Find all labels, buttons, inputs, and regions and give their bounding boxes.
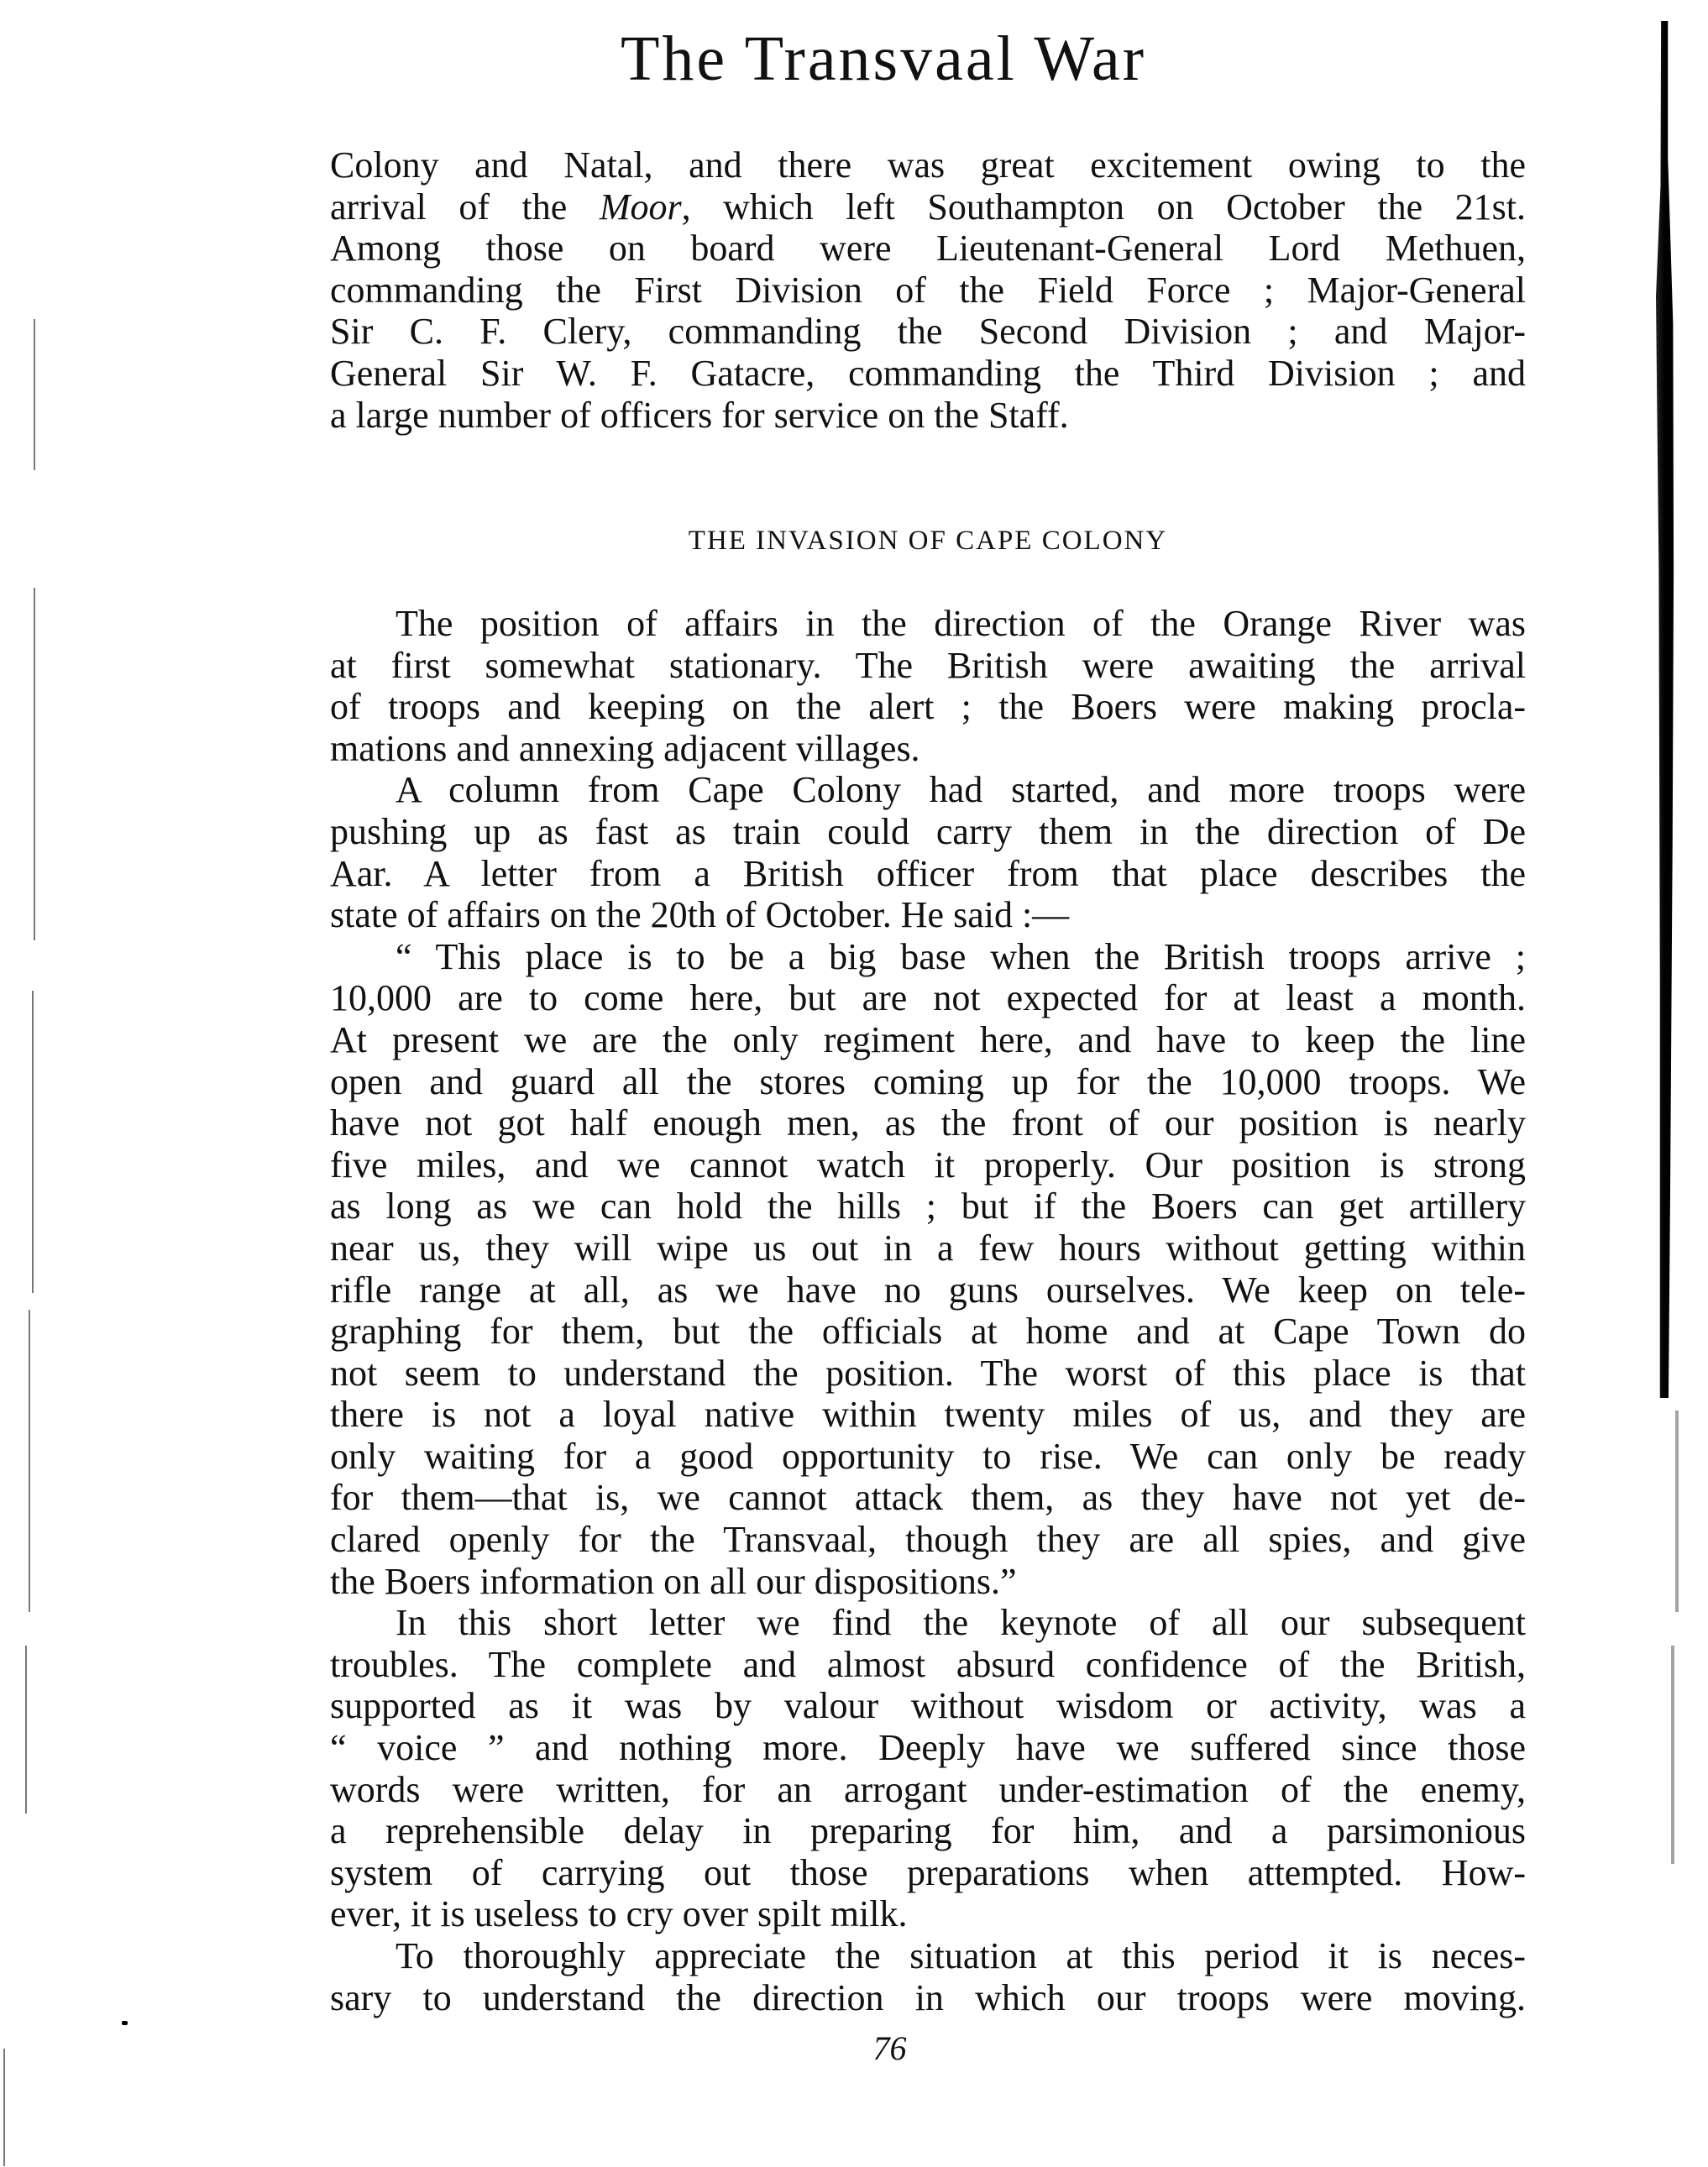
text-line: commanding the First Division of the Fie… <box>330 270 1526 311</box>
text-line: at first somewhat stationary. The Britis… <box>330 645 1526 687</box>
text-line: have not got half enough men, as the fro… <box>330 1102 1526 1144</box>
text-line: a large number of officers for service o… <box>330 395 1526 437</box>
text-line: rifle range at all, as we have no guns o… <box>330 1269 1526 1311</box>
margin-mark <box>25 1646 27 1814</box>
text-line: supported as it was by valour without wi… <box>330 1685 1526 1727</box>
binding-speckle <box>1675 1411 1679 1612</box>
text-line: In this short letter we find the keynote… <box>330 1602 1526 1644</box>
text-line: clared openly for the Transvaal, though … <box>330 1519 1526 1561</box>
section-heading: THE INVASION OF CAPE COLONY <box>330 527 1526 555</box>
running-head-title: The Transvaal War <box>0 27 1708 91</box>
text-line: near us, they will wipe us out in a few … <box>330 1227 1526 1269</box>
text-line: pushing up as fast as train could carry … <box>330 811 1526 853</box>
text-span: , which left Southampton on October the … <box>682 186 1526 228</box>
margin-mark <box>34 588 35 940</box>
text-line: Sir C. F. Clery, commanding the Second D… <box>330 311 1526 353</box>
text-line: words were written, for an arrogant unde… <box>330 1769 1526 1811</box>
text-line: troubles. The complete and almost absurd… <box>330 1644 1526 1686</box>
text-line: system of carrying out those preparation… <box>330 1852 1526 1894</box>
text-line: a reprehensible delay in preparing for h… <box>330 1810 1526 1852</box>
text-line: only waiting for a good opportunity to r… <box>330 1436 1526 1478</box>
text-line: Among those on board were Lieutenant-Gen… <box>330 228 1526 270</box>
text-line: The position of affairs in the direction… <box>330 603 1526 645</box>
text-line: Colony and Natal, and there was great ex… <box>330 144 1526 186</box>
text-line: At present we are the only regiment here… <box>330 1019 1526 1061</box>
binding-shadow <box>1656 21 1684 1398</box>
text-line: there is not a loyal native within twent… <box>330 1394 1526 1436</box>
text-line: “ This place is to be a big base when th… <box>330 936 1526 978</box>
text-line: graphing for them, but the officials at … <box>330 1311 1526 1353</box>
text-line: sary to understand the direction in whic… <box>330 1977 1526 2019</box>
text-line: for them—that is, we cannot attack them,… <box>330 1477 1526 1519</box>
body-text: The position of affairs in the direction… <box>330 603 1526 2018</box>
text-line: 10,000 are to come here, but are not exp… <box>330 977 1526 1019</box>
margin-mark <box>29 1310 30 1612</box>
text-line: five miles, and we cannot watch it prope… <box>330 1144 1526 1186</box>
intro-paragraph: Colony and Natal, and there was great ex… <box>330 144 1526 436</box>
text-line: Aar. A letter from a British officer fro… <box>330 853 1526 895</box>
text-line: the Boers information on all our disposi… <box>330 1561 1526 1603</box>
text-line: “ voice ” and nothing more. Deeply have … <box>330 1727 1526 1769</box>
text-line: mations and annexing adjacent villages. <box>330 728 1526 770</box>
page-number: 76 <box>0 2032 1708 2065</box>
text-line: of troops and keeping on the alert ; the… <box>330 686 1526 728</box>
binding-speckle <box>1671 1646 1674 1864</box>
ink-speck <box>122 2021 128 2025</box>
text-line: as long as we can hold the hills ; but i… <box>330 1186 1526 1227</box>
margin-mark <box>34 319 35 470</box>
text-span: arrival of the <box>330 186 600 228</box>
text-line: ever, it is useless to cry over spilt mi… <box>330 1893 1526 1935</box>
text-line: General Sir W. F. Gatacre, commanding th… <box>330 353 1526 395</box>
text-line: A column from Cape Colony had started, a… <box>330 769 1526 811</box>
text-line: not seem to understand the position. The… <box>330 1353 1526 1395</box>
text-line: open and guard all the stores coming up … <box>330 1061 1526 1103</box>
margin-mark <box>3 2049 5 2166</box>
ship-name-italic: Moor <box>600 186 682 228</box>
book-page: The Transvaal War Colony and Natal, and … <box>0 0 1708 2167</box>
margin-mark <box>32 991 34 1293</box>
text-line: To thoroughly appreciate the situation a… <box>330 1935 1526 1977</box>
text-line-with-italic: arrival of the Moor, which left Southamp… <box>330 186 1526 228</box>
text-line: state of affairs on the 20th of October.… <box>330 894 1526 936</box>
